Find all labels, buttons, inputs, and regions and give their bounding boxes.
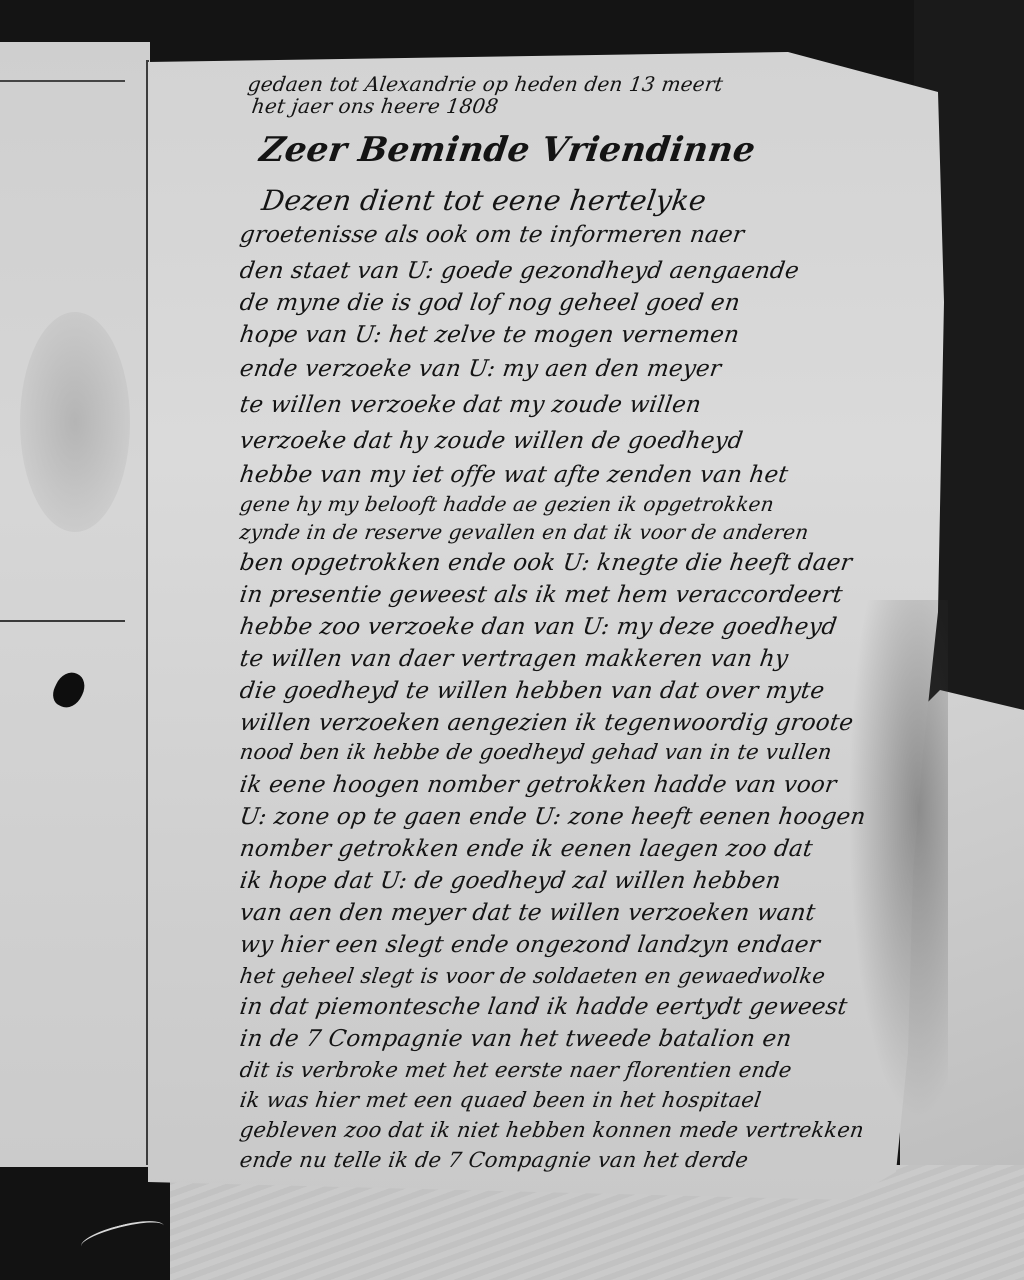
body-line: ende verzoeke van U: my aen den meyer [238,356,723,382]
body-line: willen verzoeken aengezien ik tegenwoord… [238,710,855,736]
body-line: hebbe van my iet offe wat afte zenden va… [238,462,790,488]
body-line: de myne die is god lof nog geheel goed e… [238,290,742,316]
paper-stain [20,312,130,532]
fold-crease [0,80,125,82]
body-line: verzoeke dat hy zoude willen de goedheyd [238,428,744,454]
letter-header-line: gedaen tot Alexandrie op heden den 13 me… [246,72,724,96]
ink-blot [49,668,90,712]
body-line: nood ben ik hebbe de goedheyd gehad van … [238,740,833,764]
body-line: nomber getrokken ende ik eenen laegen zo… [238,836,814,862]
body-line: die goedheyd te willen hebben van dat ov… [238,678,826,704]
body-line: den staet van U: goede gezondheyd aengae… [238,258,801,284]
fold-crease [0,620,125,622]
body-line: hebbe zoo verzoeke dan van U: my deze go… [238,614,838,640]
body-line: in presentie geweest als ik met hem vera… [238,582,844,608]
body-line: dit is verbroke met het eerste naer flor… [238,1058,793,1082]
body-line: hope van U: het zelve te mogen vernemen [238,322,741,348]
salutation: Zeer Beminde Vriendinne [257,130,758,170]
body-line: ik eene hoogen nomber getrokken hadde va… [238,772,838,798]
body-line: in de 7 Compagnie van het tweede batalio… [238,1026,793,1052]
body-line: van aen den meyer dat te willen verzoeke… [238,900,817,926]
body-line: gebleven zoo dat ik niet hebben konnen m… [238,1118,865,1142]
page-edge-shadow [848,600,948,1120]
body-line: het geheel slegt is voor de soldaeten en… [238,964,826,988]
body-line: wy hier een slegt ende ongezond landzyn … [238,932,822,958]
left-page [0,42,150,1167]
body-line: ben opgetrokken ende ook U: knegte die h… [238,550,854,576]
letter-header-line: het jaer ons heere 1808 [250,94,500,118]
body-line: ende nu telle ik de 7 Compagnie van het … [238,1148,750,1172]
body-line: te willen van daer vertragen makkeren va… [238,646,790,672]
body-line: U: zone op te gaen ende U: zone heeft ee… [238,804,867,830]
body-line: Dezen dient tot eene hertelyke [260,184,709,217]
body-line: zynde in de reserve gevallen en dat ik v… [238,520,810,544]
body-line: ik was hier met een quaed been in het ho… [238,1088,762,1112]
body-line: in dat piemontesche land ik hadde eertyd… [238,994,849,1020]
body-line: ik hope dat U: de goedheyd zal willen he… [238,868,782,894]
body-line: te willen verzoeke dat my zoude willen [238,392,703,418]
backdrop [0,0,1024,60]
body-line: gene hy my belooft hadde ae gezien ik op… [238,492,775,516]
body-line: groetenisse als ook om te informeren nae… [238,222,746,248]
